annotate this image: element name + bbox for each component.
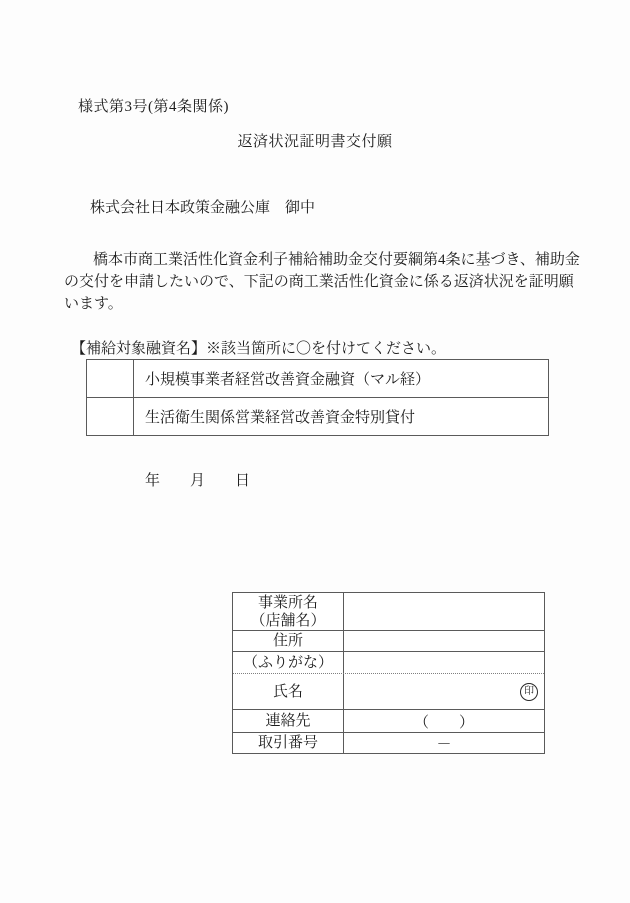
applicant-info-table: 事業所名 （店舗名） 住所 （ふりがな） 氏名 印 連絡先 （ ） 取引番号 － bbox=[232, 592, 545, 754]
document-page: 様式第3号(第4条関係) 返済状況証明書交付願 株式会社日本政策金融公庫 御中 … bbox=[0, 0, 630, 903]
loan-option-mark-cell bbox=[87, 398, 134, 435]
business-name-label-line2: （店舗名） bbox=[250, 612, 325, 630]
name-label: 氏名 bbox=[233, 674, 344, 709]
address-row: 住所 bbox=[233, 630, 544, 651]
contact-value-cell: （ ） bbox=[344, 710, 544, 732]
body-line-3: います。 bbox=[64, 293, 572, 315]
body-paragraph: 橋本市商工業活性化資金利子補給補助金交付要綱第4条に基づき、補助金 の交付を申請… bbox=[64, 249, 572, 315]
loan-option-row: 小規模事業者経営改善資金融資（マル経） bbox=[87, 360, 548, 397]
body-line-1: 橋本市商工業活性化資金利子補給補助金交付要綱第4条に基づき、補助金 bbox=[64, 249, 572, 271]
account-number-label: 取引番号 bbox=[233, 733, 344, 753]
furigana-label: （ふりがな） bbox=[233, 652, 344, 673]
loan-options-table: 小規模事業者経営改善資金融資（マル経） 生活衛生関係営業経営改善資金特別貸付 bbox=[86, 359, 549, 436]
name-value-cell: 印 bbox=[344, 674, 544, 709]
business-name-value-cell bbox=[344, 593, 544, 630]
account-number-value-cell: － bbox=[344, 733, 544, 753]
contact-row: 連絡先 （ ） bbox=[233, 709, 544, 732]
business-name-label: 事業所名 （店舗名） bbox=[233, 593, 344, 630]
address-label: 住所 bbox=[233, 631, 344, 651]
date-line: 年 月 日 bbox=[145, 469, 250, 490]
addressee-line: 株式会社日本政策金融公庫 御中 bbox=[90, 196, 315, 217]
loan-option-label: 生活衛生関係営業経営改善資金特別貸付 bbox=[134, 398, 548, 435]
business-name-row: 事業所名 （店舗名） bbox=[233, 593, 544, 630]
furigana-row: （ふりがな） bbox=[233, 651, 544, 673]
loan-option-row: 生活衛生関係営業経営改善資金特別貸付 bbox=[87, 397, 548, 435]
body-line-2: の交付を申請したいので、下記の商工業活性化資金に係る返済状況を証明願 bbox=[64, 271, 572, 293]
loan-section-heading: 【補給対象融資名】※該当箇所に〇を付けてください。 bbox=[71, 337, 446, 358]
seal-mark-icon: 印 bbox=[520, 683, 538, 701]
form-number: 様式第3号(第4条関係) bbox=[78, 95, 229, 116]
business-name-label-line1: 事業所名 bbox=[258, 594, 318, 612]
document-title: 返済状況証明書交付願 bbox=[0, 130, 630, 151]
address-value-cell bbox=[344, 631, 544, 651]
account-number-row: 取引番号 － bbox=[233, 732, 544, 753]
name-row: 氏名 印 bbox=[233, 673, 544, 709]
loan-option-label: 小規模事業者経営改善資金融資（マル経） bbox=[134, 360, 548, 397]
furigana-value-cell bbox=[344, 652, 544, 673]
loan-option-mark-cell bbox=[87, 360, 134, 397]
contact-label: 連絡先 bbox=[233, 710, 344, 732]
